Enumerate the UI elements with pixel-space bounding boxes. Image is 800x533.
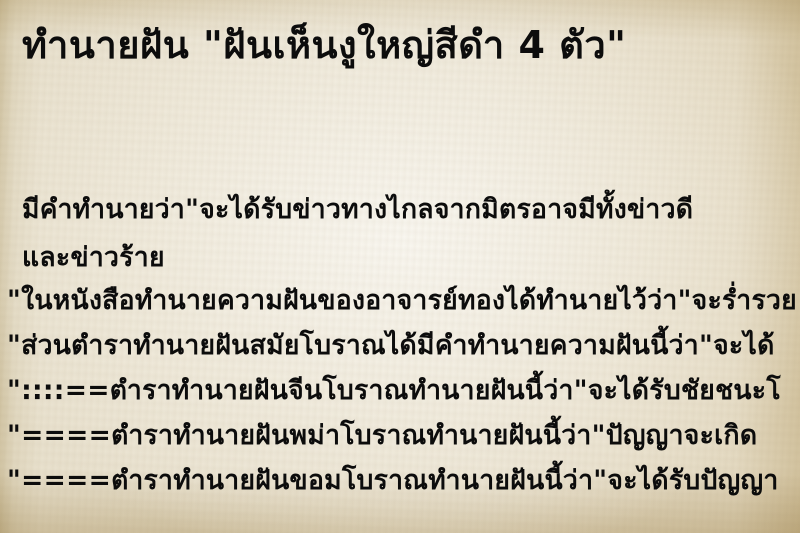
interpretation-ancient-burmese: "====ตำราทำนายฝันพม่าโบราณทำนายฝันนี้ว่า… — [7, 414, 757, 456]
interpretation-ancient-chinese: "::::==ตำราทำนายฝันจีนโบราณทำนายฝันนี้ว่… — [7, 369, 781, 411]
prediction-text-line-1: มีคำทำนายว่า"จะได้รับข่าวทางไกลจากมิตรอา… — [22, 188, 693, 230]
interpretation-ancient-thai: "ส่วนตำราทำนายฝันสมัยโบราณได้มีคำทำนายคว… — [7, 324, 775, 366]
page-title: ทำนายฝัน "ฝันเห็นงูใหญ่สีดำ 4 ตัว" — [22, 14, 626, 75]
prediction-text-line-2: และข่าวร้าย — [22, 236, 165, 278]
interpretation-ancient-khmer: "====ตำราทำนายฝันขอมโบราณทำนายฝันนี้ว่า"… — [7, 459, 779, 501]
interpretation-ajarn-thong: "ในหนังสือทำนายความฝันของอาจารย์ทองได้ทำ… — [7, 279, 797, 321]
